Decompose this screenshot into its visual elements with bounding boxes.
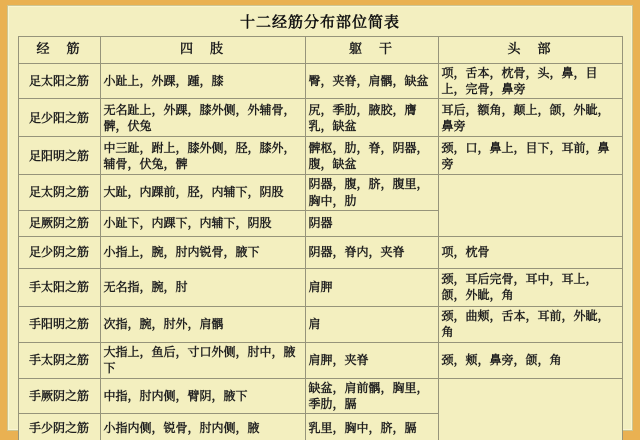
table-row: 足少阴之筋 小指上，腕，肘内锐骨，腋下 阴器，脊内，夹脊 项，枕骨 [18, 236, 622, 268]
sinew-distribution-table: 经 筋 四 肢 躯 干 头 部 足太阳之筋 小趾上，外踝，踵，膝 臀，夹脊，肩髃… [18, 36, 623, 440]
trunk-cell: 臀，夹脊，肩髃，缺盆 [305, 64, 438, 99]
sinew-name-cell: 手阳明之筋 [18, 306, 100, 342]
trunk-cell: 肩胛，夹脊 [305, 342, 438, 378]
limbs-cell: 无名趾上，外踝，膝外侧，外辅骨，髀，伏兔 [100, 99, 305, 137]
limbs-cell: 大趾，内踝前，胫，内辅下，阴股 [100, 175, 305, 210]
trunk-cell: 缺盆，肩前髃，胸里，季肋，膈 [305, 378, 438, 413]
table-row: 手太阳之筋 无名指，腕，肘 肩胛 颈，耳后完骨，耳中，耳上，颌，外眦，角 [18, 268, 622, 306]
sinew-name-cell: 足太阳之筋 [18, 64, 100, 99]
head-cell: 颈，曲颊，舌本，耳前，外眦，角 [438, 306, 622, 342]
sinew-name-cell: 手少阴之筋 [18, 414, 100, 440]
table-row: 手厥阴之筋 中指，肘内侧，臂阴，腋下 缺盆，肩前髃，胸里，季肋，膈 [18, 378, 622, 413]
sinew-name-cell: 足少阴之筋 [18, 236, 100, 268]
sinew-name-cell: 足太阴之筋 [18, 175, 100, 210]
head-cell: 颈，口，鼻上，目下，耳前，鼻旁 [438, 137, 622, 175]
column-header-sinew: 经 筋 [18, 37, 100, 64]
sinew-name-cell: 手厥阴之筋 [18, 378, 100, 413]
trunk-cell: 阴器，腹，脐，腹里，胸中，肋 [305, 175, 438, 210]
head-cell: 颈，耳后完骨，耳中，耳上，颌，外眦，角 [438, 268, 622, 306]
limbs-cell: 小趾上，外踝，踵，膝 [100, 64, 305, 99]
trunk-cell: 阴器 [305, 210, 438, 236]
head-cell-empty-merged [438, 378, 622, 440]
limbs-cell: 中三趾，跗上，膝外侧，胫，膝外，辅骨，伏兔，髀 [100, 137, 305, 175]
sinew-name-cell: 足少阳之筋 [18, 99, 100, 137]
page-title: 十二经筋分布部位简表 [8, 6, 632, 36]
table-panel: 十二经筋分布部位简表 经 筋 四 肢 躯 干 头 部 足太阳之筋 小趾上，外踝，… [7, 5, 633, 431]
head-cell: 颈，颊，鼻旁，颌，角 [438, 342, 622, 378]
column-header-trunk: 躯 干 [305, 37, 438, 64]
limbs-cell: 小指上，腕，肘内锐骨，腋下 [100, 236, 305, 268]
sinew-name-cell: 手太阳之筋 [18, 268, 100, 306]
trunk-cell: 尻，季肋，腋胶，膺乳，缺盆 [305, 99, 438, 137]
column-header-limbs: 四 肢 [100, 37, 305, 64]
sinew-name-cell: 手太阴之筋 [18, 342, 100, 378]
table-row: 足少阳之筋 无名趾上，外踝，膝外侧，外辅骨，髀，伏兔 尻，季肋，腋胶，膺乳，缺盆… [18, 99, 622, 137]
limbs-cell: 中指，肘内侧，臂阴，腋下 [100, 378, 305, 413]
trunk-cell: 乳里，胸中，脐，膈 [305, 414, 438, 440]
trunk-cell: 阴器，脊内，夹脊 [305, 236, 438, 268]
table-row: 手阳明之筋 次指，腕，肘外，肩髃 肩 颈，曲颊，舌本，耳前，外眦，角 [18, 306, 622, 342]
trunk-cell: 髀枢，肋，脊，阴器，腹，缺盆 [305, 137, 438, 175]
table-row: 足太阴之筋 大趾，内踝前，胫，内辅下，阴股 阴器，腹，脐，腹里，胸中，肋 [18, 175, 622, 210]
limbs-cell: 小趾下，内踝下，内辅下，阴股 [100, 210, 305, 236]
limbs-cell: 无名指，腕，肘 [100, 268, 305, 306]
table-row: 足阳明之筋 中三趾，跗上，膝外侧，胫，膝外，辅骨，伏兔，髀 髀枢，肋，脊，阴器，… [18, 137, 622, 175]
head-cell: 项，枕骨 [438, 236, 622, 268]
table-row: 手太阴之筋 大指上，鱼后，寸口外侧，肘中，腋下 肩胛，夹脊 颈，颊，鼻旁，颌，角 [18, 342, 622, 378]
trunk-cell: 肩胛 [305, 268, 438, 306]
trunk-cell: 肩 [305, 306, 438, 342]
head-cell: 耳后，额角，颠上，颌，外眦，鼻旁 [438, 99, 622, 137]
limbs-cell: 大指上，鱼后，寸口外侧，肘中，腋下 [100, 342, 305, 378]
sinew-name-cell: 足厥阴之筋 [18, 210, 100, 236]
header-row: 经 筋 四 肢 躯 干 头 部 [18, 37, 622, 64]
head-cell: 项，舌本，枕骨，头，鼻，目上，完骨，鼻旁 [438, 64, 622, 99]
head-cell-empty-merged [438, 175, 622, 236]
limbs-cell: 小指内侧，锐骨，肘内侧，腋 [100, 414, 305, 440]
table-row: 足太阳之筋 小趾上，外踝，踵，膝 臀，夹脊，肩髃，缺盆 项，舌本，枕骨，头，鼻，… [18, 64, 622, 99]
sinew-name-cell: 足阳明之筋 [18, 137, 100, 175]
column-header-head: 头 部 [438, 37, 622, 64]
limbs-cell: 次指，腕，肘外，肩髃 [100, 306, 305, 342]
